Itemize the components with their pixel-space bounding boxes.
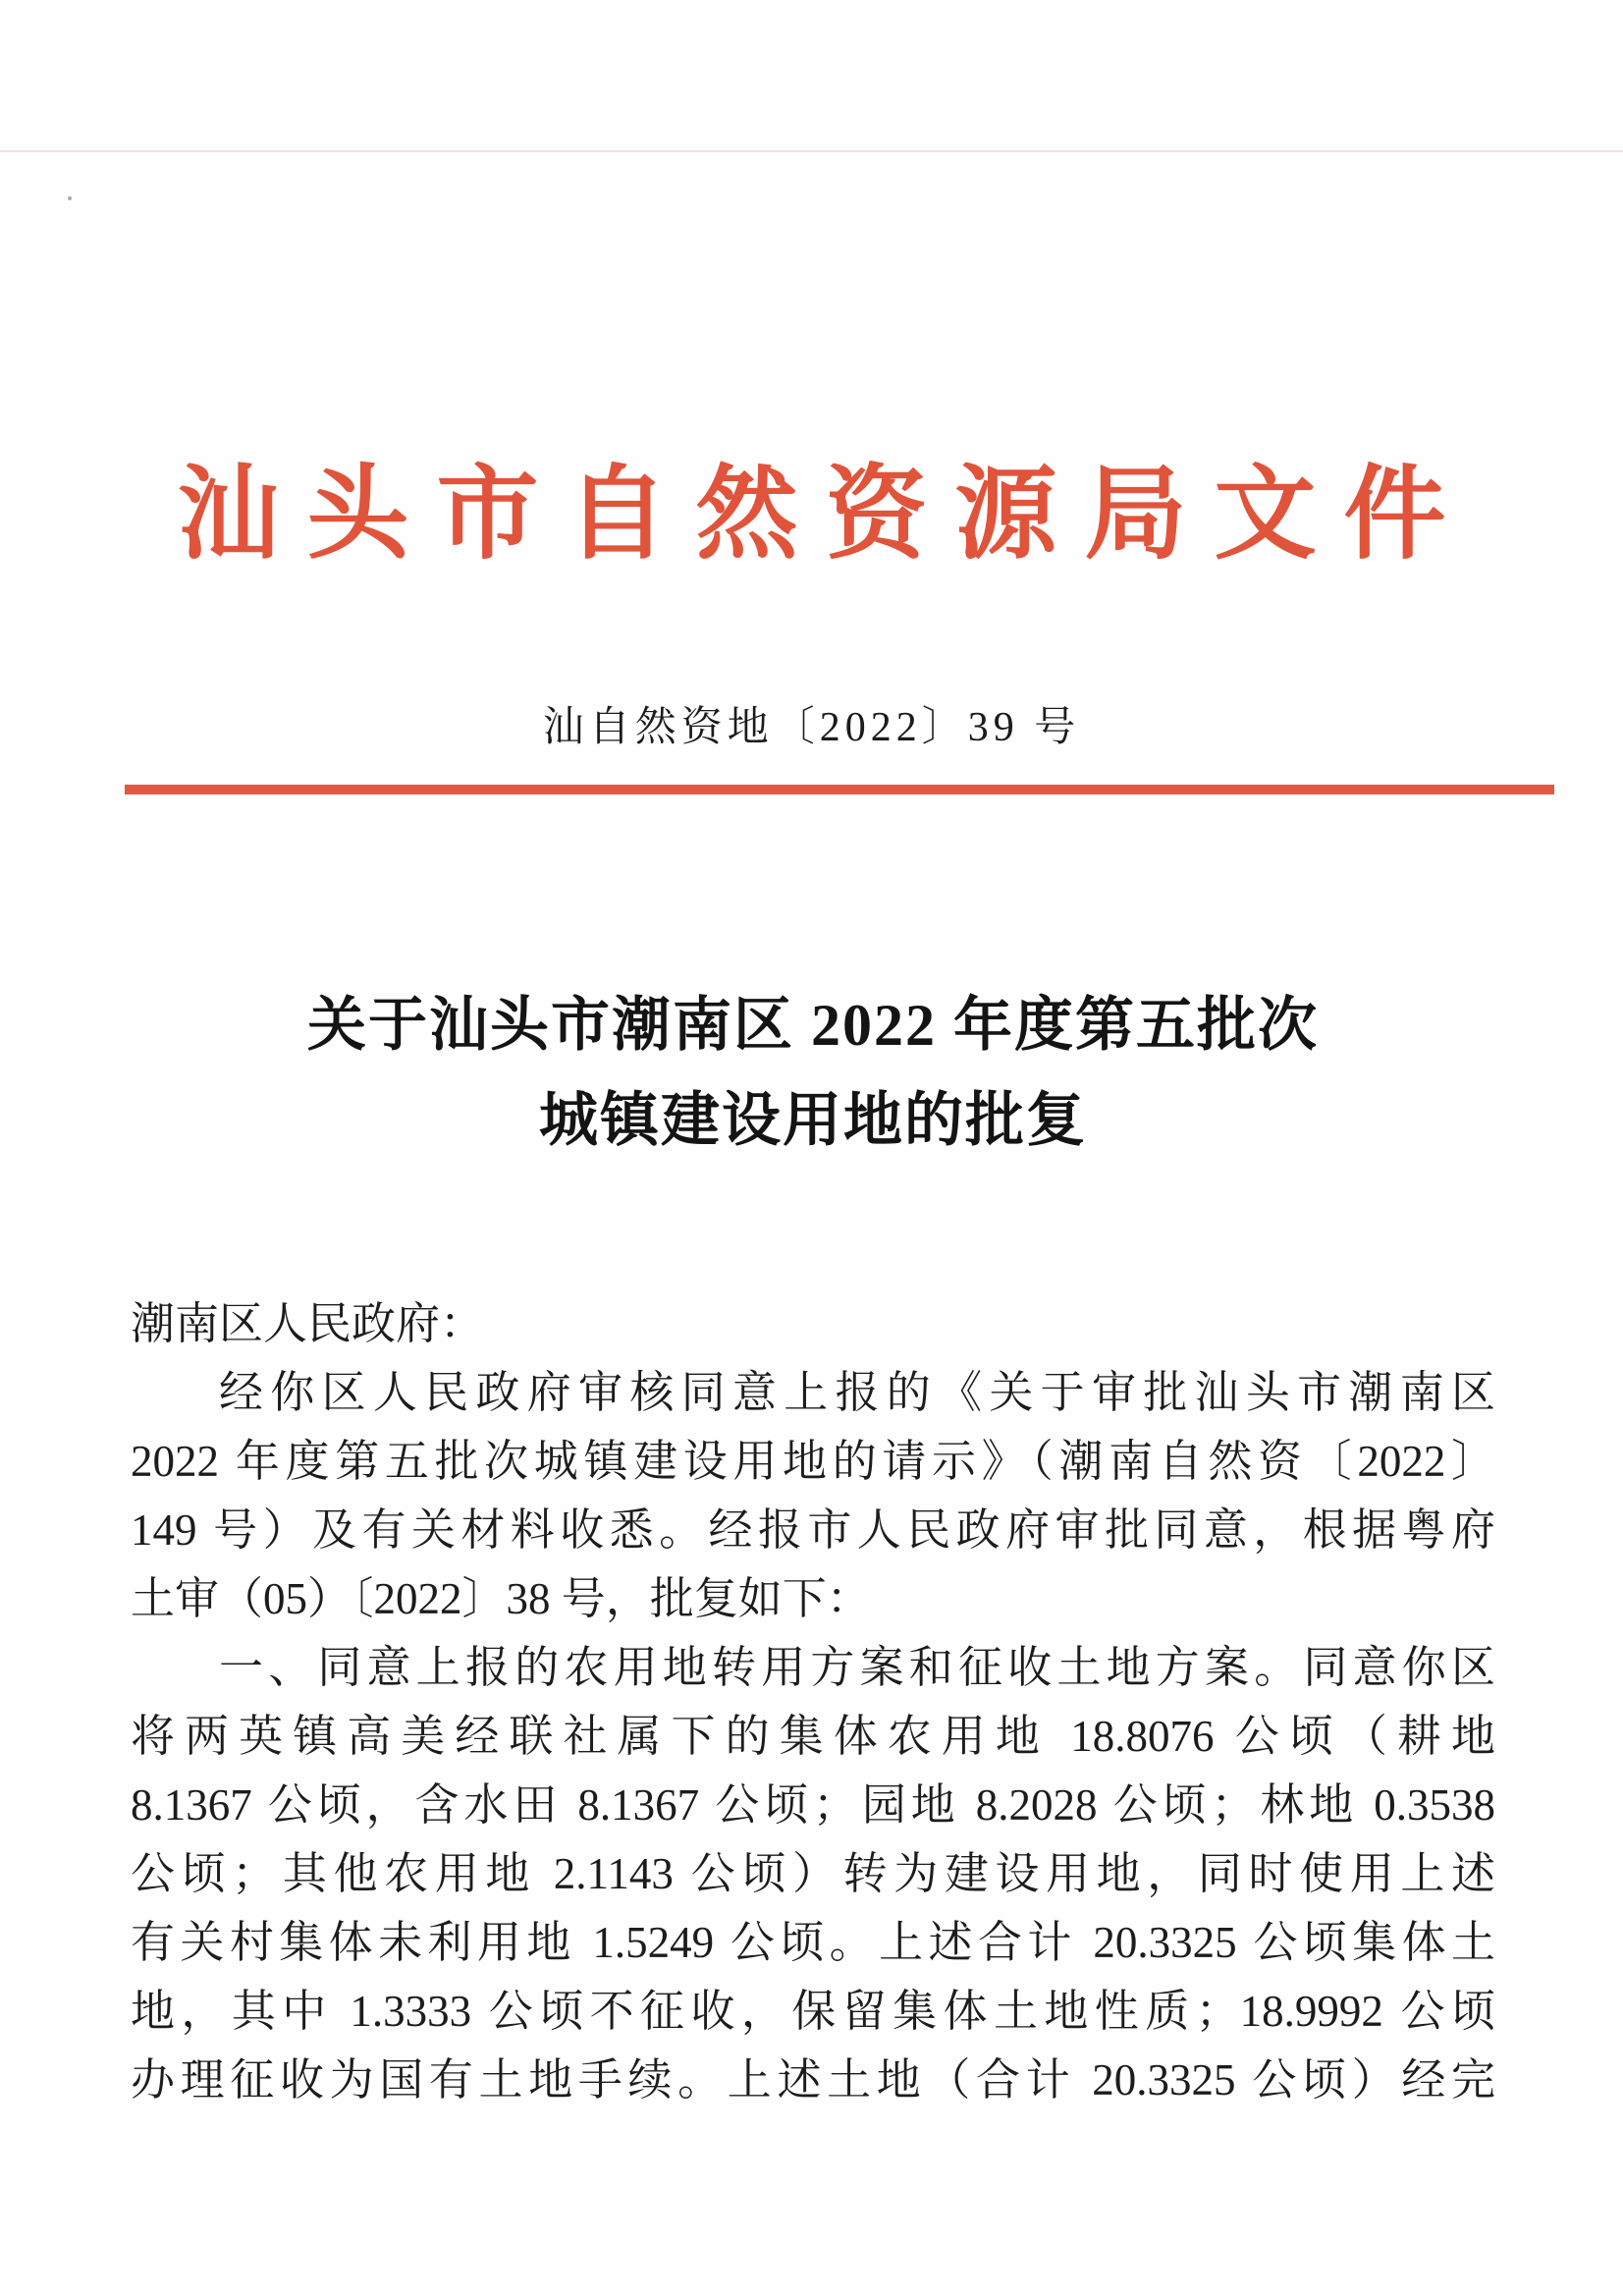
scan-artifact-line [0, 150, 1623, 152]
body-line: 经你区人民政府审核同意上报的《关于审批汕头市潮南区 [131, 1358, 1495, 1427]
body-line: 潮南区人民政府： [131, 1289, 1495, 1358]
body-line: 地，其中 1.3333 公顷不征收，保留集体土地性质；18.9992 公顷 [131, 1977, 1495, 2046]
body-line: 办理征收为国有土地手续。上述土地（合计 20.3325 公顷）经完 [131, 2046, 1495, 2114]
letterhead-divider-line [125, 785, 1554, 794]
body-line: 有关村集体未利用地 1.5249 公顷。上述合计 20.3325 公顷集体土 [131, 1908, 1495, 1977]
document-title: 关于汕头市潮南区 2022 年度第五批次 城镇建设用地的批复 [131, 978, 1495, 1169]
document-page: 汕头市自然资源局文件 汕自然资地〔2022〕39 号 关于汕头市潮南区 2022… [0, 0, 1623, 2296]
document-title-line1: 关于汕头市潮南区 2022 年度第五批次 [131, 978, 1495, 1073]
body-line: 2022 年度第五批次城镇建设用地的请示》（潮南自然资〔2022〕 [131, 1427, 1495, 1496]
body-line: 公顷；其他农用地 2.1143 公顷）转为建设用地，同时使用上述 [131, 1839, 1495, 1908]
body-line: 一、同意上报的农用地转用方案和征收土地方案。同意你区 [131, 1633, 1495, 1702]
body-line: 8.1367 公顷，含水田 8.1367 公顷；园地 8.2028 公顷；林地 … [131, 1771, 1495, 1839]
body-text: 潮南区人民政府：经你区人民政府审核同意上报的《关于审批汕头市潮南区2022 年度… [131, 1289, 1495, 2114]
document-title-line2: 城镇建设用地的批复 [131, 1073, 1495, 1169]
body-line: 土审（05）〔2022〕38 号，批复如下： [131, 1564, 1495, 1633]
body-line: 将两英镇高美经联社属下的集体农用地 18.8076 公顷（耕地 [131, 1702, 1495, 1771]
body-line: 149 号）及有关材料收悉。经报市人民政府审批同意，根据粤府 [131, 1496, 1495, 1564]
document-number: 汕自然资地〔2022〕39 号 [0, 699, 1623, 756]
scan-speck [68, 196, 72, 200]
agency-letterhead-title: 汕头市自然资源局文件 [0, 447, 1623, 584]
